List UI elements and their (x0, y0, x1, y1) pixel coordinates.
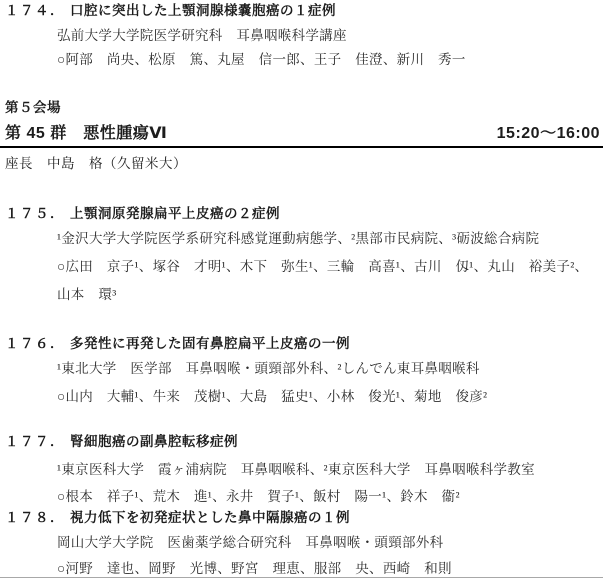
item-title-line: １７７．腎細胞癌の副鼻腔転移症例 (5, 434, 601, 450)
item-title-line: １７６．多発性に再発した固有鼻腔扁平上皮癌の一例 (5, 336, 601, 352)
item-authors: ○河野 達也、岡野 光博、野宮 理恵、服部 央、西崎 和則 (57, 561, 601, 577)
item-number: １７８． (5, 510, 65, 525)
program-item-176: １７６．多発性に再発した固有鼻腔扁平上皮癌の一例 ¹東北大学 医学部 耳鼻咽喉・… (5, 336, 601, 405)
item-affiliation: ¹金沢大学大学院医学系研究科感覚運動病態学、²黒部市民病院、³砺波総合病院 (57, 231, 601, 247)
item-authors-continued: 山本 環³ (57, 287, 601, 303)
item-title-line: １７５．上顎洞原発腺扁平上皮癌の２症例 (5, 206, 601, 222)
item-number: １７７． (5, 434, 65, 449)
item-affiliation: 岡山大学大学院 医歯薬学総合研究科 耳鼻咽喉・頭頸部外科 (57, 535, 601, 551)
item-affiliation: 弘前大学大学院医学研究科 耳鼻咽喉科学講座 (57, 28, 601, 44)
program-item-175: １７５．上顎洞原発腺扁平上皮癌の２症例 ¹金沢大学大学院医学系研究科感覚運動病態… (5, 206, 601, 303)
item-affiliation: ¹東北大学 医学部 耳鼻咽喉・頭頸部外科、²しんでん東耳鼻咽喉科 (57, 361, 601, 377)
session-group-title: 第 45 群 悪性腫瘍Ⅵ (5, 125, 167, 143)
item-title: 視力低下を初発症状とした鼻中隔腺癌の１例 (70, 510, 350, 525)
session-chair: 座長 中島 格（久留米大） (5, 156, 601, 172)
item-number: １７５． (5, 206, 65, 221)
item-authors: ○根本 祥子¹、荒木 進¹、永井 賀子¹、飯村 陽一¹、鈴木 衞² (57, 489, 601, 505)
item-title-line: １７８．視力低下を初発症状とした鼻中隔腺癌の１例 (5, 510, 601, 526)
item-title-line: １７４．口腔に突出した上顎洞腺様嚢胞癌の１症例 (5, 3, 601, 19)
item-number: １７６． (5, 336, 65, 351)
session-header: 第 45 群 悪性腫瘍Ⅵ 15:20～16:00 (0, 125, 603, 148)
item-authors: ○広田 京子¹、塚谷 才明¹、木下 弥生¹、三輪 高喜¹、古川 仭¹、丸山 裕美… (57, 259, 601, 275)
item-authors: ○山内 大輔¹、牛来 茂樹¹、大島 猛史¹、小林 俊光¹、菊地 俊彦² (57, 389, 601, 405)
item-number: １７４． (5, 3, 65, 18)
item-title: 多発性に再発した固有鼻腔扁平上皮癌の一例 (70, 336, 350, 351)
item-title: 口腔に突出した上顎洞腺様嚢胞癌の１症例 (70, 3, 336, 18)
item-title: 上顎洞原発腺扁平上皮癌の２症例 (70, 206, 280, 221)
venue-heading: 第５会場 (5, 100, 601, 115)
conference-program-page: １７４．口腔に突出した上顎洞腺様嚢胞癌の１症例 弘前大学大学院医学研究科 耳鼻咽… (0, 0, 603, 578)
program-item-178: １７８．視力低下を初発症状とした鼻中隔腺癌の１例 岡山大学大学院 医歯薬学総合研… (5, 510, 601, 577)
item-title: 腎細胞癌の副鼻腔転移症例 (70, 434, 238, 449)
program-item-174: １７４．口腔に突出した上顎洞腺様嚢胞癌の１症例 弘前大学大学院医学研究科 耳鼻咽… (5, 3, 601, 68)
program-item-177: １７７．腎細胞癌の副鼻腔転移症例 ¹東京医科大学 霞ヶ浦病院 耳鼻咽喉科、²東京… (5, 434, 601, 505)
item-authors: ○阿部 尚央、松原 篤、丸屋 信一郎、王子 佳澄、新川 秀一 (57, 52, 601, 68)
item-affiliation: ¹東京医科大学 霞ヶ浦病院 耳鼻咽喉科、²東京医科大学 耳鼻咽喉科学教室 (57, 462, 601, 478)
session-time: 15:20～16:00 (497, 125, 600, 143)
